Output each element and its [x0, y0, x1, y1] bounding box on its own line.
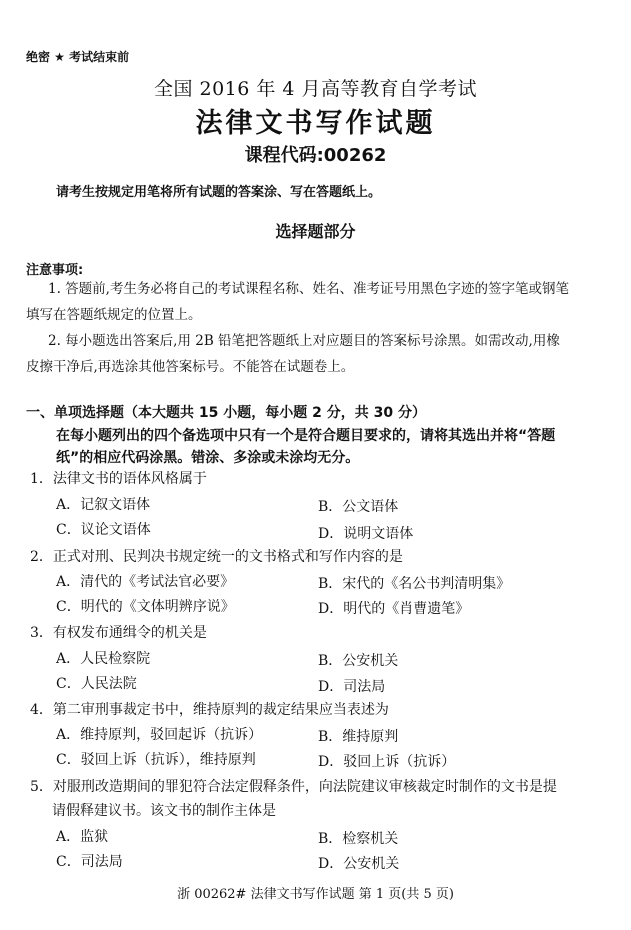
- question-stem: 2．正式对刑、民判决书规定统一的文书格式和写作内容的是: [30, 546, 403, 566]
- part-one-desc-line2: 纸”的相应代码涂黑。错涂、多涂或未涂均无分。: [56, 447, 359, 467]
- option-b: B．检察机关: [318, 828, 398, 848]
- option-c: C．驳回上诉（抗诉），维持原判: [56, 749, 256, 769]
- question-stem: 1．法律文书的语体风格属于: [30, 468, 207, 488]
- question-stem: 3．有权发布通缉令的机关是: [30, 622, 207, 642]
- notice-2-line1: 2. 每小题选出答案后,用 2B 铅笔把答题纸上对应题目的答案标号涂黑。如需改动…: [48, 328, 560, 354]
- exam-session-line: 全国 2016 年 4 月高等教育自学考试: [0, 74, 631, 101]
- option-d: D．说明文语体: [318, 523, 413, 543]
- question-stem: 4．第二审刑事裁定书中，维持原判的裁定结果应当表述为: [30, 699, 389, 719]
- course-code: 课程代码:00262: [0, 141, 631, 167]
- page-footer: 浙 00262# 法律文书写作试题 第 1 页(共 5 页): [0, 883, 631, 902]
- question-stem: 5．对服刑改造期间的罪犯符合法定假释条件，向法院建议审核裁定时制作的文书是提: [30, 776, 557, 796]
- answer-instruction: 请考生按规定用笔将所有试题的答案涂、写在答题纸上。: [56, 181, 381, 200]
- part-one-desc-line1: 在每小题列出的四个备选项中只有一个是符合题目要求的，请将其选出并将“答题: [56, 425, 555, 445]
- notice-2-line2: 皮擦干净后,再选涂其他答案标号。不能答在试题卷上。: [26, 354, 354, 380]
- option-a: A．维持原判，驳回起诉（抗诉）: [56, 724, 262, 744]
- notice-1-line1: 1. 答题前,考生务必将自己的考试课程名称、姓名、准考证号用黑色字迹的签字笔或钢…: [48, 276, 569, 302]
- question-stem-line2: 请假释建议书。该文书的制作主体是: [52, 800, 276, 820]
- option-b: B．公文语体: [318, 496, 398, 516]
- option-c: C．人民法院: [56, 673, 137, 693]
- option-b: B．维持原判: [318, 726, 398, 746]
- option-a: A．清代的《考试法官必要》: [56, 571, 234, 591]
- option-d: D．公安机关: [318, 853, 399, 873]
- option-a: A．监狱: [56, 826, 108, 846]
- option-d: D．明代的《肖曹遗笔》: [318, 598, 469, 618]
- confidential-mark: 绝密 ★ 考试结束前: [26, 48, 129, 65]
- option-b: B．宋代的《名公书判清明集》: [318, 573, 510, 593]
- option-c: C．议论文语体: [56, 519, 151, 539]
- page-title: 法律文书写作试题: [0, 101, 631, 140]
- option-d: D．驳回上诉（抗诉）: [318, 751, 455, 771]
- section-heading: 选择题部分: [0, 219, 631, 242]
- part-one-heading: 一、单项选择题（本大题共 15 小题，每小题 2 分，共 30 分）: [26, 402, 426, 422]
- option-a: A．记叙文语体: [56, 494, 150, 514]
- option-b: B．公安机关: [318, 650, 398, 670]
- option-d: D．司法局: [318, 676, 385, 696]
- notice-1-line2: 填写在答题纸规定的位置上。: [26, 302, 202, 328]
- option-a: A．人民检察院: [56, 648, 150, 668]
- option-c: C．明代的《文体明辨序说》: [56, 596, 235, 616]
- option-c: C．司法局: [56, 851, 123, 871]
